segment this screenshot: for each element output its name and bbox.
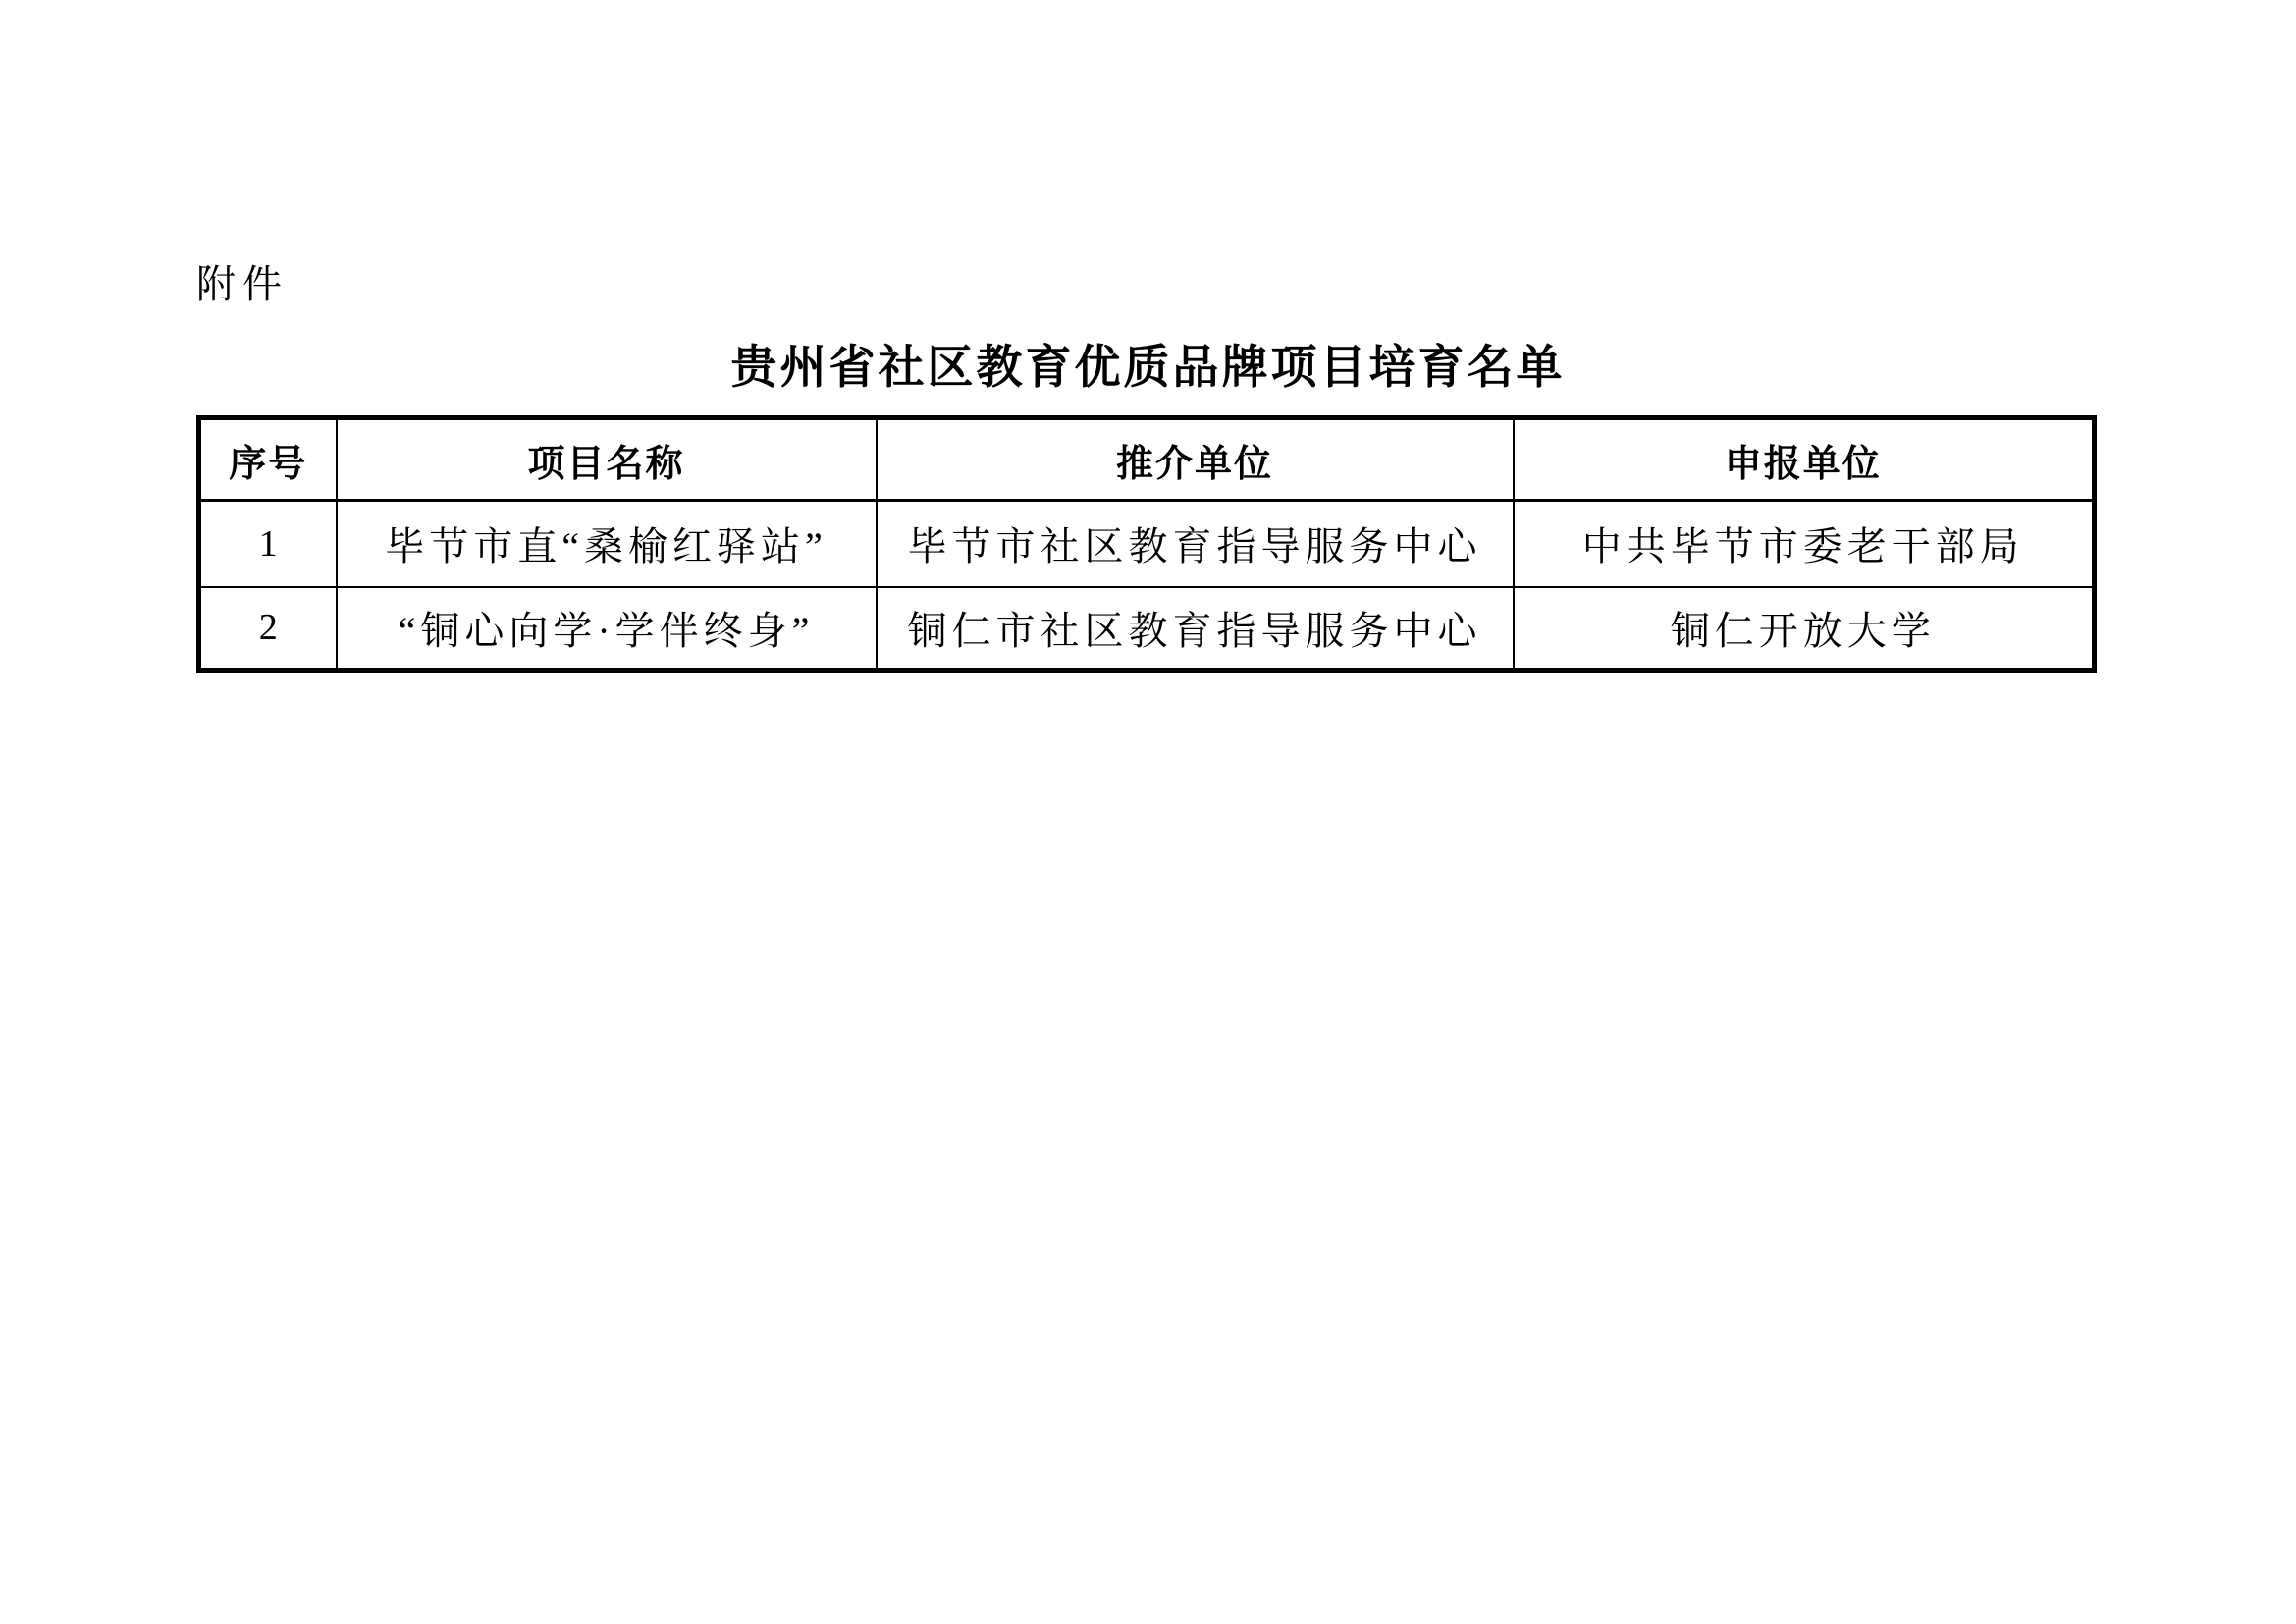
- document-page: 附件 贵州省社区教育优质品牌项目培育名单 序号 项目名称 推介单位 申报单位 1…: [0, 0, 2296, 1624]
- table-header-row: 序号 项目名称 推介单位 申报单位: [199, 418, 2095, 501]
- cell-applying-unit: 中共毕节市委老干部局: [1514, 501, 2095, 587]
- project-table: 序号 项目名称 推介单位 申报单位 1 毕节市直“桑榆红驿站” 毕节市社区教育指…: [196, 415, 2097, 673]
- cell-recommending-unit: 铜仁市社区教育指导服务中心: [877, 587, 1514, 671]
- cell-project-name: 毕节市直“桑榆红驿站”: [337, 501, 877, 587]
- cell-project-name: “铜心向学·学伴终身”: [337, 587, 877, 671]
- cell-applying-unit: 铜仁开放大学: [1514, 587, 2095, 671]
- cell-serial-number: 1: [199, 501, 337, 587]
- cell-recommending-unit: 毕节市社区教育指导服务中心: [877, 501, 1514, 587]
- column-header-project-name: 项目名称: [337, 418, 877, 501]
- column-header-recommending-unit: 推介单位: [877, 418, 1514, 501]
- cell-serial-number: 2: [199, 587, 337, 671]
- column-header-serial: 序号: [199, 418, 337, 501]
- attachment-label: 附件: [196, 257, 289, 312]
- column-header-applying-unit: 申报单位: [1514, 418, 2095, 501]
- table-row: 1 毕节市直“桑榆红驿站” 毕节市社区教育指导服务中心 中共毕节市委老干部局: [199, 501, 2095, 587]
- page-title: 贵州省社区教育优质品牌项目培育名单: [0, 338, 2296, 399]
- table-row: 2 “铜心向学·学伴终身” 铜仁市社区教育指导服务中心 铜仁开放大学: [199, 587, 2095, 671]
